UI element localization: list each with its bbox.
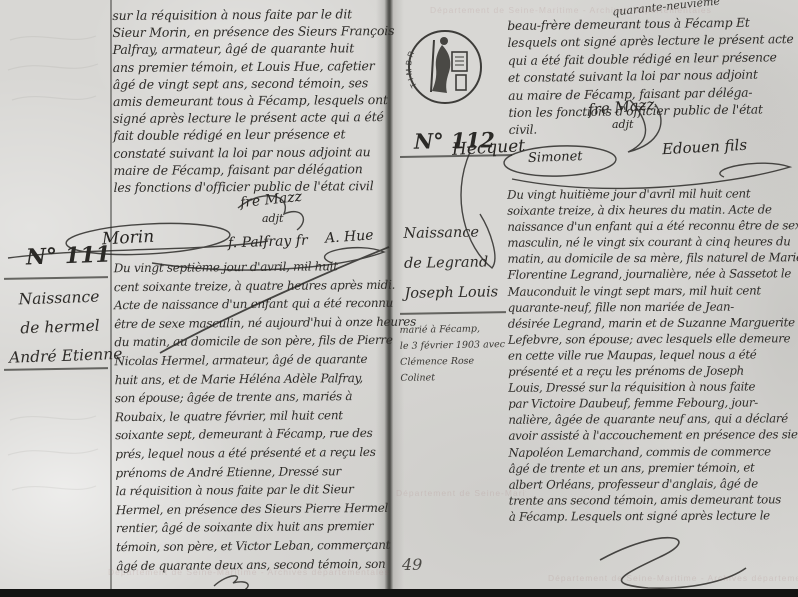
handwritten-line: cent soixante treize, à quatre heures ap…	[114, 275, 388, 296]
handwritten-line: son épouse; âgée de trente ans, mariés à	[115, 387, 389, 408]
handwritten-line: masculin, né le vingt six courant à cinq…	[507, 234, 798, 252]
handwritten-line: Naissance	[403, 217, 508, 249]
handwritten-line: amis demeurant tous à Fécamp, lesquels o…	[113, 91, 389, 110]
handwritten-line: le 3 février 1903 avec	[400, 337, 506, 355]
signature-hue: A. Hue	[325, 227, 375, 246]
timbre-stamp-label: TIMBRE	[404, 24, 419, 89]
handwritten-line: âgé de quarante deux ans, second témoin,…	[116, 554, 390, 575]
handwritten-line: sur la réquisition à nous faite par le d…	[112, 5, 388, 24]
handwritten-line: la réquisition à nous faite par le dit S…	[116, 480, 390, 501]
handwritten-line: Florentine Legrand, journalière, née à S…	[508, 266, 798, 284]
handwritten-line: rentier, âgé de soixante dix huit ans pr…	[116, 517, 390, 538]
handwritten-line: Nicolas Hermel, armateur, âgé de quarant…	[114, 350, 388, 371]
handwritten-line: Du vingt septième jour d'avril, mil huit	[114, 257, 388, 278]
scan-bottom-edge	[0, 589, 798, 597]
left-page-act-111-text: Du vingt septième jour d'avril, mil huit…	[114, 257, 391, 575]
signature-official-right-title: adjt	[612, 118, 633, 131]
signature-morin: Morin	[102, 227, 155, 250]
handwritten-line: par Victoire Daubeuf, femme Febourg, jou…	[508, 394, 798, 412]
handwritten-line: Napoléon Lemarchand, commis de commerce	[508, 443, 798, 461]
handwritten-line: Du vingt huitième jour d'avril mil huit …	[507, 185, 798, 203]
handwritten-line: prés, lequel nous a été présenté et a re…	[115, 443, 389, 464]
handwritten-line: civil.	[509, 118, 798, 139]
handwritten-line: ans premier témoin, et Louis Hue, cafeti…	[113, 57, 389, 76]
signature-palfray: f. Palfray fr	[228, 233, 308, 252]
handwritten-line: en cette ville rue Maupas, lequel nous a…	[508, 346, 798, 364]
handwritten-line: maire de Fécamp, faisant par délégation	[113, 160, 389, 179]
handwritten-line: huit ans, et de Marie Héléna Adèle Palfr…	[115, 368, 389, 389]
archive-watermark: Département de Seine-Maritime - Archives…	[548, 573, 798, 583]
handwritten-line: du matin, au domicile de son père, fils …	[114, 331, 388, 352]
handwritten-line: être de sexe masculin, né aujourd'hui à …	[114, 313, 388, 334]
handwritten-line: désirée Legrand, marin et de Suzanne Mar…	[508, 314, 798, 332]
left-margin-title: Naissancede hermelAndré Etienne	[7, 282, 114, 373]
left-page-opening-text: sur la réquisition à nous faite par le d…	[112, 5, 389, 196]
handwritten-line: Acte de naissance d'un enfant qui a été …	[114, 294, 388, 315]
handwritten-line: Palfray, armateur, âgé de quarante huit	[113, 39, 389, 58]
handwritten-line: Colinet	[400, 369, 506, 387]
handwritten-line: Joseph Louis	[404, 277, 509, 309]
handwritten-line: présenté et a reçu les prénoms de Joseph	[508, 362, 798, 380]
handwritten-line: âgé de vingt sept ans, second témoin, se…	[113, 74, 389, 93]
archive-watermark: Département de Seine-Maritime - Archives…	[396, 488, 526, 498]
right-margin-title: Naissancede LegrandJoseph Louis	[403, 217, 509, 309]
act-number-111: N° 111	[26, 242, 112, 271]
signature-simonet: Simonet	[528, 149, 583, 166]
handwritten-line: Lefebvre, son épouse; avec lesquels elle…	[508, 330, 798, 348]
handwritten-line: Mauconduit le vingt sept mars, mil huit …	[508, 282, 798, 300]
handwritten-line: albert Orléans, professeur d'anglais, âg…	[509, 475, 798, 493]
handwritten-line: âgé de trente et un ans, premier témoin,…	[509, 459, 798, 477]
rule-under-n111	[4, 276, 108, 279]
handwritten-line: témoin, son père, et Victor Leban, comme…	[116, 536, 390, 557]
svg-text:TIMBRE: TIMBRE	[404, 24, 419, 89]
handwritten-line: fait double rédigé en leur présence et	[113, 125, 389, 144]
handwritten-line: Hermel, en présence des Sieurs Pierre He…	[116, 499, 390, 520]
handwritten-line: matin, au domicile de sa mère, fils natu…	[507, 250, 798, 268]
signature-official-left-title: adjt	[262, 212, 283, 225]
handwritten-line: soixante treize, à dix heures du matin. …	[507, 201, 798, 219]
handwritten-line: avoir assisté à l'accouchement en présen…	[508, 427, 798, 445]
handwritten-line: Sieur Morin, en présence des Sieurs Fran…	[112, 22, 388, 41]
folio-number: 49	[402, 555, 422, 574]
handwritten-line: signé après lecture le présent acte qui …	[113, 108, 389, 127]
handwritten-line: Roubaix, le quatre février, mil huit cen…	[115, 406, 389, 427]
handwritten-line: marié à Fécamp,	[399, 321, 505, 339]
handwritten-line: soixante sept, demeurant à Fécamp, rue d…	[115, 424, 389, 445]
handwritten-line: Clémence Rose	[400, 353, 506, 371]
handwritten-line: naissance d'un enfant qui a été reconnu …	[507, 217, 798, 235]
handwritten-line: trente ans second témoin, amis demeurant…	[509, 491, 798, 509]
handwritten-line: quarante-neuf, fille non mariée de Jean-	[508, 298, 798, 316]
signature-hecquet: Hecquet	[452, 136, 526, 160]
right-page-closing-text: beau-frère demeurant tous à Fécamp Etles…	[507, 14, 798, 140]
signature-edouen-fils: Edouen fils	[662, 136, 748, 158]
timbre-stamp: TIMBRE	[404, 24, 486, 110]
handwritten-line: à Fécamp. Lesquels ont signé après lectu…	[509, 507, 798, 525]
handwritten-line: Louis, Dressé sur la réquisition à nous …	[508, 378, 798, 396]
handwritten-line: nalière, âgée de quarante neuf ans, qui …	[508, 411, 798, 429]
marriage-margin-note: marié à Fécamp,le 3 février 1903 avecClé…	[399, 321, 506, 387]
right-page-act-112-text: Du vingt huitième jour d'avril mil huit …	[507, 185, 798, 524]
handwritten-line: André Etienne	[9, 340, 114, 373]
handwritten-line: de hermel	[8, 311, 113, 344]
registry-scan: sur la réquisition à nous faite par le d…	[0, 0, 798, 597]
handwritten-line: de Legrand	[404, 247, 509, 279]
handwritten-line: constaté suivant la loi par nous adjoint…	[113, 143, 389, 162]
handwritten-line: Naissance	[7, 282, 112, 315]
handwritten-line: prénoms de André Etienne, Dressé sur	[115, 461, 389, 482]
